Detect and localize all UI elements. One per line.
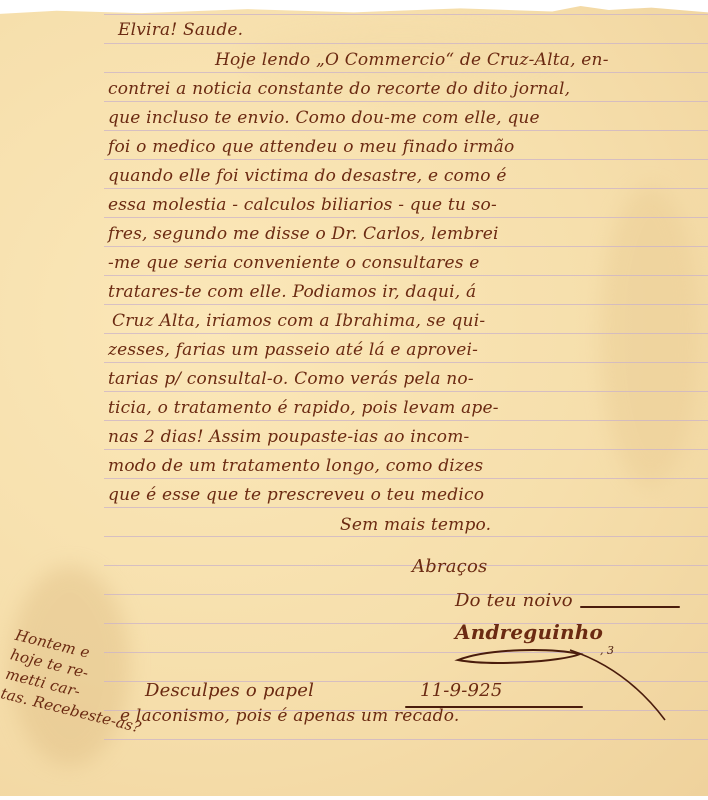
- body-line: tarias p/ consultal-o. Como verás pela n…: [108, 369, 474, 389]
- greeting: Elvira! Saude.: [118, 20, 243, 40]
- body-line: foi o medico que attendeu o meu finado i…: [108, 137, 514, 157]
- body-line: -me que seria conveniente o consultares …: [108, 253, 480, 273]
- svg-text:, 3: , 3: [600, 644, 614, 657]
- body-line: Cruz Alta, iriamos com a Ibrahima, se qu…: [112, 311, 485, 331]
- body-line: nas 2 dias! Assim poupaste-ias ao incom-: [108, 427, 469, 447]
- postscript-line1: Desculpes o papel: [145, 680, 314, 701]
- body-line: essa molestia - calculos biliarios - que…: [108, 195, 497, 215]
- postscript-line2: e laconismo, pois é apenas um recado.: [120, 706, 459, 726]
- body-line: Hoje lendo „O Commercio“ de Cruz-Alta, e…: [215, 50, 609, 70]
- closing-line: Sem mais tempo.: [340, 515, 491, 535]
- body-line: que é esse que te prescreveu o teu medic…: [108, 485, 484, 505]
- body-line: quando elle foi victima do desastre, e c…: [108, 166, 507, 186]
- body-line: modo de um tratamento longo, como dizes: [108, 456, 483, 476]
- body-line: que incluso te envio. Como dou-me com el…: [108, 108, 540, 128]
- paper-stain: [600, 186, 700, 486]
- body-line: contrei a noticia constante do recorte d…: [108, 79, 570, 99]
- body-line: fres, segundo me disse o Dr. Carlos, lem…: [108, 224, 499, 244]
- flourish-line: [580, 606, 680, 608]
- body-line: tratares-te com elle. Podiamos ir, daqui…: [108, 282, 476, 302]
- closing-abracos: Abraços: [412, 556, 487, 577]
- closing-noivo: Do teu noivo: [455, 590, 573, 611]
- body-line: zesses, farias um passeio até lá e aprov…: [108, 340, 478, 360]
- postscript-date: 11-9-925: [420, 680, 502, 701]
- body-line: ticia, o tratamento é rapido, pois levam…: [108, 398, 499, 418]
